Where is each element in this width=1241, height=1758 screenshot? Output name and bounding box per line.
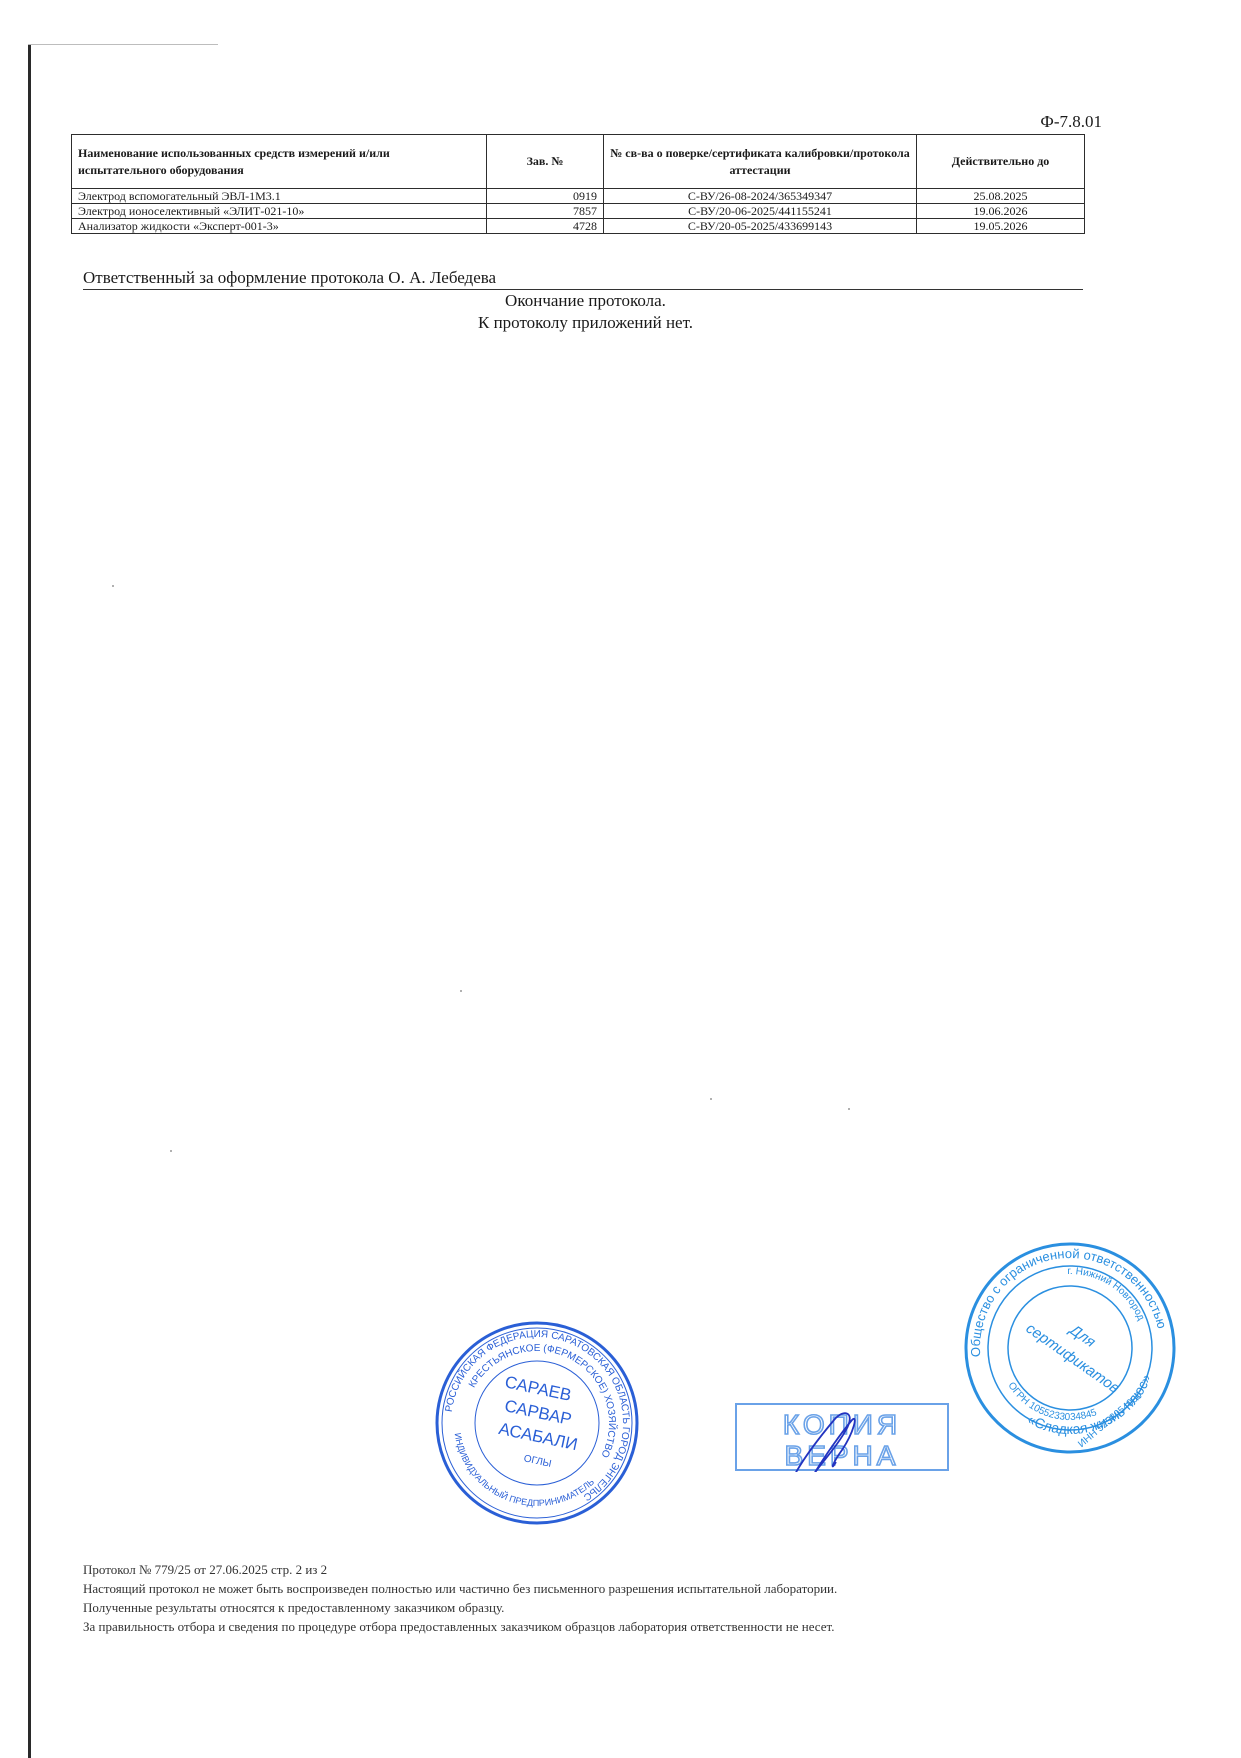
footer-protocol-number: Протокол № 779/25 от 27.06.2025 стр. 2 и… — [83, 1560, 837, 1579]
table-row: Электрод ионоселективный «ЭЛИТ-021-10» 7… — [72, 204, 1085, 219]
company-round-stamp: Общество с ограниченной ответственностью… — [962, 1240, 1178, 1456]
header-serial-number: Зав. № — [487, 135, 604, 189]
responsible-person: Ответственный за оформление протокола О.… — [83, 268, 1083, 290]
round-seal-icon: Общество с ограниченной ответственностью… — [962, 1240, 1178, 1456]
cell-serial-number: 7857 — [487, 204, 604, 219]
footer-results-notice: Полученные результаты относятся к предос… — [83, 1598, 837, 1617]
cell-equipment-name: Электрод вспомогательный ЭВЛ-1М3.1 — [72, 189, 487, 204]
cell-certificate-number: С-ВУ/26-08-2024/365349347 — [604, 189, 917, 204]
header-equipment-name: Наименование использованных средств изме… — [72, 135, 487, 189]
cell-equipment-name: Анализатор жидкости «Эксперт-001-3» — [72, 219, 487, 234]
table-header-row: Наименование использованных средств изме… — [72, 135, 1085, 189]
scan-page-edge-top — [28, 44, 218, 45]
cell-equipment-name: Электрод ионоселективный «ЭЛИТ-021-10» — [72, 204, 487, 219]
table-row: Анализатор жидкости «Эксперт-001-3» 4728… — [72, 219, 1085, 234]
no-attachments-note: К протоколу приложений нет. — [0, 313, 1206, 333]
scan-artifact — [460, 990, 462, 992]
cell-certificate-number: С-ВУ/20-05-2025/433699143 — [604, 219, 917, 234]
footer-reproduction-notice: Настоящий протокол не может быть воспрои… — [83, 1579, 837, 1598]
svg-text:ВЕРНА: ВЕРНА — [785, 1440, 900, 1471]
footer-sampling-notice: За правильность отбора и сведения по про… — [83, 1617, 837, 1636]
cell-certificate-number: С-ВУ/20-06-2025/441155241 — [604, 204, 917, 219]
cell-valid-until: 25.08.2025 — [917, 189, 1085, 204]
scan-artifact — [710, 1098, 712, 1100]
copy-stamp-icon: КОПИЯ ВЕРНА — [734, 1402, 950, 1472]
cell-serial-number: 4728 — [487, 219, 604, 234]
page-footer: Протокол № 779/25 от 27.06.2025 стр. 2 и… — [83, 1560, 837, 1636]
header-valid-until: Действительно до — [917, 135, 1085, 189]
end-of-protocol: Окончание протокола. — [0, 291, 1206, 311]
table-row: Электрод вспомогательный ЭВЛ-1М3.1 0919 … — [72, 189, 1085, 204]
copy-true-stamp: КОПИЯ ВЕРНА — [734, 1402, 950, 1472]
cell-serial-number: 0919 — [487, 189, 604, 204]
round-seal-icon: РОССИЙСКАЯ ФЕДЕРАЦИЯ САРАТОВСКАЯ ОБЛАСТЬ… — [432, 1318, 642, 1528]
header-certificate-number: № св-ва о поверке/сертификата калибровки… — [604, 135, 917, 189]
form-code: Ф-7.8.01 — [1040, 112, 1102, 132]
svg-text:ОГЛЫ: ОГЛЫ — [523, 1453, 553, 1470]
cell-valid-until: 19.06.2026 — [917, 204, 1085, 219]
farmer-round-stamp: РОССИЙСКАЯ ФЕДЕРАЦИЯ САРАТОВСКАЯ ОБЛАСТЬ… — [432, 1318, 642, 1528]
scan-artifact — [848, 1108, 850, 1110]
cell-valid-until: 19.05.2026 — [917, 219, 1085, 234]
scan-artifact — [112, 585, 114, 587]
scan-artifact — [170, 1150, 172, 1152]
equipment-table: Наименование использованных средств изме… — [71, 134, 1085, 234]
